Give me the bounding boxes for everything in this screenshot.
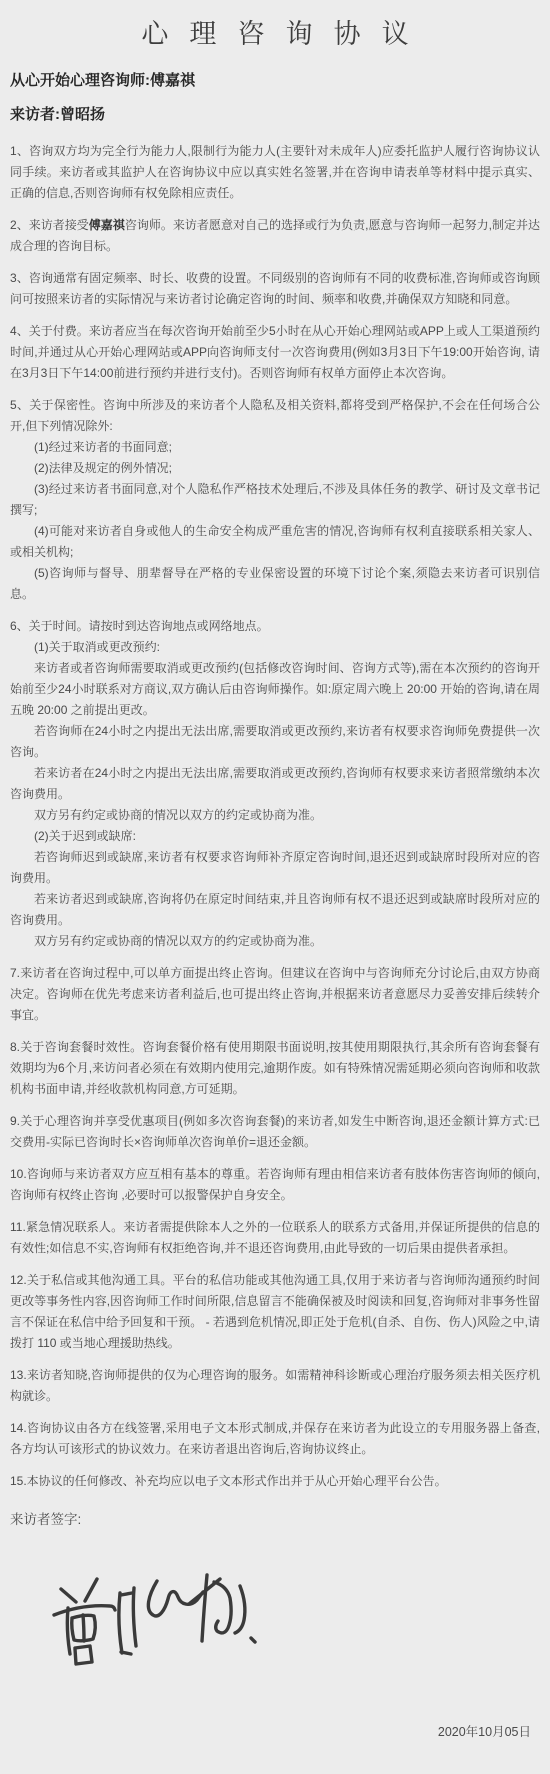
agreement-item: 12.关于私信或其他沟通工具。平台的私信功能或其他沟通工具,仅用于来访者与咨询师…: [10, 1270, 540, 1354]
agreement-date: 2020年10月05日: [10, 1722, 540, 1740]
agreement-item: 10.咨询师与来访者双方应互相有基本的尊重。若咨询师有理由相信来访者有肢体伤害咨…: [10, 1164, 540, 1206]
agreement-paragraph: 3、咨询通常有固定频率、时长、收费的设置。不同级别的咨询师有不同的收费标准,咨询…: [10, 268, 540, 310]
agreement-paragraph: 9.关于心理咨询并享受优惠项目(例如多次咨询套餐)的来访者,如发生中断咨询,退还…: [10, 1111, 540, 1153]
agreement-item: 4、关于付费。来访者应当在每次咨询开始前至少5小时在从心开始心理网站或APP上或…: [10, 321, 540, 384]
agreement-item: 6、关于时间。请按时到达咨询地点或网络地点。(1)关于取消或更改预约:来访者或者…: [10, 616, 540, 952]
agreement-item: 13.来访者知晓,咨询师提供的仅为心理咨询的服务。如需精神科诊断或心理治疗服务须…: [10, 1365, 540, 1407]
agreement-item: 14.咨询协议由各方在线签署,采用电子文本形式制成,并保存在来访者为此设立的专用…: [10, 1418, 540, 1460]
agreement-paragraph: 若来访者迟到或缺席,咨询将仍在原定时间结束,并且咨询师有权不退还迟到或缺席时段所…: [10, 889, 540, 931]
agreement-item: 15.本协议的任何修改、补充均应以电子文本形式作出并于从心开始心理平台公告。: [10, 1471, 540, 1492]
agreement-paragraph: 若咨询师迟到或缺席,来访者有权要求咨询师补齐原定咨询时间,退还迟到或缺席时段所对…: [10, 847, 540, 889]
agreement-paragraph: (1)关于取消或更改预约:: [10, 637, 540, 658]
agreement-paragraph: 11.紧急情况联系人。来访者需提供除本人之外的一位联系人的联系方式备用,并保证所…: [10, 1217, 540, 1259]
agreement-paragraph: 来访者或者咨询师需要取消或更改预约(包括修改咨询时间、咨询方式等),需在本次预约…: [10, 658, 540, 721]
agreement-document: 心理咨询协议 从心开始心理咨询师:傅嘉祺 来访者:曾昭扬 1、咨询双方均为完全行…: [0, 0, 550, 1740]
agreement-paragraph: 10.咨询师与来访者双方应互相有基本的尊重。若咨询师有理由相信来访者有肢体伤害咨…: [10, 1164, 540, 1206]
agreement-paragraph: (5)咨询师与督导、朋辈督导在严格的专业保密设置的环境下讨论个案,须隐去来访者可…: [10, 563, 540, 605]
agreement-paragraph: (4)可能对来访者自身或他人的生命安全构成严重危害的情况,咨询师有权利直接联系相…: [10, 521, 540, 563]
agreement-paragraph: 14.咨询协议由各方在线签署,采用电子文本形式制成,并保存在来访者为此设立的专用…: [10, 1418, 540, 1460]
agreement-items: 1、咨询双方均为完全行为能力人,限制行为能力人(主要针对未成年人)应委托监护人履…: [10, 141, 540, 1492]
agreement-item: 3、咨询通常有固定频率、时长、收费的设置。不同级别的咨询师有不同的收费标准,咨询…: [10, 268, 540, 310]
agreement-item: 7.来访者在咨询过程中,可以单方面提出终止咨询。但建议在咨询中与咨询师充分讨论后…: [10, 963, 540, 1026]
agreement-paragraph: 8.关于咨询套餐时效性。咨询套餐价格有使用期限书面说明,按其使用期限执行,其余所…: [10, 1037, 540, 1100]
document-title: 心理咨询协议: [10, 12, 540, 51]
agreement-paragraph: 2、来访者接受傅嘉祺咨询师。来访者愿意对自己的选择或行为负责,愿意与咨询师一起努…: [10, 215, 540, 257]
agreement-paragraph: (2)法律及规定的例外情况;: [10, 458, 540, 479]
visitor-name-line: 来访者:曾昭扬: [10, 105, 540, 125]
visitor-signature-label: 来访者签字:: [10, 1510, 540, 1530]
agreement-paragraph: (2)关于迟到或缺席:: [10, 826, 540, 847]
agreement-item: 1、咨询双方均为完全行为能力人,限制行为能力人(主要针对未成年人)应委托监护人履…: [10, 141, 540, 204]
agreement-paragraph: 13.来访者知晓,咨询师提供的仅为心理咨询的服务。如需精神科诊断或心理治疗服务须…: [10, 1365, 540, 1407]
agreement-item: 9.关于心理咨询并享受优惠项目(例如多次咨询套餐)的来访者,如发生中断咨询,退还…: [10, 1111, 540, 1153]
agreement-paragraph: 若来访者在24小时之内提出无法出席,需要取消或更改预约,咨询师有权要求来访者照常…: [10, 763, 540, 805]
agreement-item: 11.紧急情况联系人。来访者需提供除本人之外的一位联系人的联系方式备用,并保证所…: [10, 1217, 540, 1259]
agreement-item: 8.关于咨询套餐时效性。咨询套餐价格有使用期限书面说明,按其使用期限执行,其余所…: [10, 1037, 540, 1100]
agreement-item: 5、关于保密性。咨询中所涉及的来访者个人隐私及相关资料,都将受到严格保护,不会在…: [10, 395, 540, 605]
agreement-paragraph: 7.来访者在咨询过程中,可以单方面提出终止咨询。但建议在咨询中与咨询师充分讨论后…: [10, 963, 540, 1026]
agreement-paragraph: (1)经过来访者的书面同意;: [10, 437, 540, 458]
visitor-signature: [44, 1542, 274, 1712]
agreement-paragraph: 5、关于保密性。咨询中所涉及的来访者个人隐私及相关资料,都将受到严格保护,不会在…: [10, 395, 540, 437]
agreement-paragraph: 12.关于私信或其他沟通工具。平台的私信功能或其他沟通工具,仅用于来访者与咨询师…: [10, 1270, 540, 1354]
agreement-paragraph: 6、关于时间。请按时到达咨询地点或网络地点。: [10, 616, 540, 637]
agreement-paragraph: 15.本协议的任何修改、补充均应以电子文本形式作出并于从心开始心理平台公告。: [10, 1471, 540, 1492]
agreement-paragraph: 双方另有约定或协商的情况以双方的约定或协商为准。: [10, 931, 540, 952]
counselor-name-line: 从心开始心理咨询师:傅嘉祺: [10, 71, 540, 91]
agreement-paragraph: (3)经过来访者书面同意,对个人隐私作严格技术处理后,不涉及具体任务的教学、研讨…: [10, 479, 540, 521]
agreement-paragraph: 4、关于付费。来访者应当在每次咨询开始前至少5小时在从心开始心理网站或APP上或…: [10, 321, 540, 384]
agreement-paragraph: 1、咨询双方均为完全行为能力人,限制行为能力人(主要针对未成年人)应委托监护人履…: [10, 141, 540, 204]
agreement-item: 2、来访者接受傅嘉祺咨询师。来访者愿意对自己的选择或行为负责,愿意与咨询师一起努…: [10, 215, 540, 257]
agreement-paragraph: 双方另有约定或协商的情况以双方的约定或协商为准。: [10, 805, 540, 826]
agreement-paragraph: 若咨询师在24小时之内提出无法出席,需要取消或更改预约,来访者有权要求咨询师免费…: [10, 721, 540, 763]
